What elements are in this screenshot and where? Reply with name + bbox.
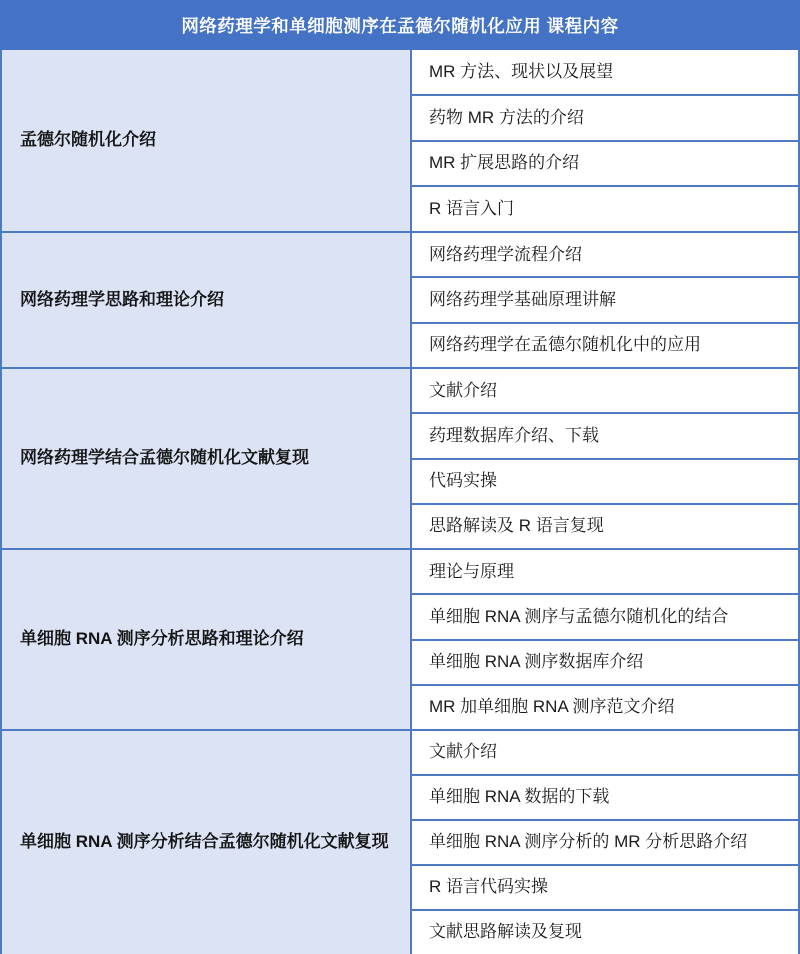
section-items: 文献介绍 单细胞 RNA 数据的下载 单细胞 RNA 测序分析的 MR 分析思路…	[412, 731, 798, 954]
course-item-cell: 单细胞 RNA 测序分析的 MR 分析思路介绍	[412, 819, 798, 864]
course-item-cell: MR 加单细胞 RNA 测序范文介绍	[412, 684, 798, 729]
course-item-cell: 单细胞 RNA 测序与孟德尔随机化的结合	[412, 593, 798, 638]
course-item-cell: MR 方法、现状以及展望	[412, 50, 798, 94]
section-mendelian-randomization-intro: 孟德尔随机化介绍 MR 方法、现状以及展望 药物 MR 方法的介绍 MR 扩展思…	[2, 50, 798, 231]
section-single-cell-rna-theory: 单细胞 RNA 测序分析思路和理论介绍 理论与原理 单细胞 RNA 测序与孟德尔…	[2, 548, 798, 729]
section-items: 文献介绍 药理数据库介绍、下载 代码实操 思路解读及 R 语言复现	[412, 369, 798, 548]
course-item-cell: MR 扩展思路的介绍	[412, 140, 798, 186]
section-network-pharmacology-mr-replication: 网络药理学结合孟德尔随机化文献复现 文献介绍 药理数据库介绍、下载 代码实操 思…	[2, 367, 798, 548]
course-item-cell: 网络药理学流程介绍	[412, 233, 798, 276]
section-items: MR 方法、现状以及展望 药物 MR 方法的介绍 MR 扩展思路的介绍 R 语言…	[412, 50, 798, 231]
category-cell: 单细胞 RNA 测序分析结合孟德尔随机化文献复现	[2, 731, 412, 954]
course-item-cell: 单细胞 RNA 测序数据库介绍	[412, 639, 798, 684]
course-item-cell: 文献介绍	[412, 731, 798, 774]
category-cell: 网络药理学结合孟德尔随机化文献复现	[2, 369, 412, 548]
table-title-bar: 网络药理学和单细胞测序在孟德尔随机化应用 课程内容	[0, 0, 800, 50]
section-single-cell-rna-mr-replication: 单细胞 RNA 测序分析结合孟德尔随机化文献复现 文献介绍 单细胞 RNA 数据…	[2, 729, 798, 954]
section-items: 理论与原理 单细胞 RNA 测序与孟德尔随机化的结合 单细胞 RNA 测序数据库…	[412, 550, 798, 729]
course-item-cell: 理论与原理	[412, 550, 798, 593]
page-title: 网络药理学和单细胞测序在孟德尔随机化应用 课程内容	[181, 13, 618, 38]
section-items: 网络药理学流程介绍 网络药理学基础原理讲解 网络药理学在孟德尔随机化中的应用	[412, 233, 798, 367]
course-item-cell: 单细胞 RNA 数据的下载	[412, 774, 798, 819]
course-item-cell: 药物 MR 方法的介绍	[412, 94, 798, 140]
section-network-pharmacology-theory: 网络药理学思路和理论介绍 网络药理学流程介绍 网络药理学基础原理讲解 网络药理学…	[2, 231, 798, 367]
course-item-cell: R 语言代码实操	[412, 864, 798, 909]
category-cell: 单细胞 RNA 测序分析思路和理论介绍	[2, 550, 412, 729]
course-item-cell: 文献介绍	[412, 369, 798, 412]
course-item-cell: R 语言入门	[412, 185, 798, 231]
course-item-cell: 网络药理学基础原理讲解	[412, 276, 798, 321]
category-cell: 孟德尔随机化介绍	[2, 50, 412, 231]
course-item-cell: 网络药理学在孟德尔随机化中的应用	[412, 322, 798, 367]
course-item-cell: 药理数据库介绍、下载	[412, 412, 798, 457]
category-cell: 网络药理学思路和理论介绍	[2, 233, 412, 367]
course-item-cell: 思路解读及 R 语言复现	[412, 503, 798, 548]
course-item-cell: 代码实操	[412, 458, 798, 503]
course-item-cell: 文献思路解读及复现	[412, 909, 798, 954]
course-content-table: 孟德尔随机化介绍 MR 方法、现状以及展望 药物 MR 方法的介绍 MR 扩展思…	[0, 50, 800, 954]
